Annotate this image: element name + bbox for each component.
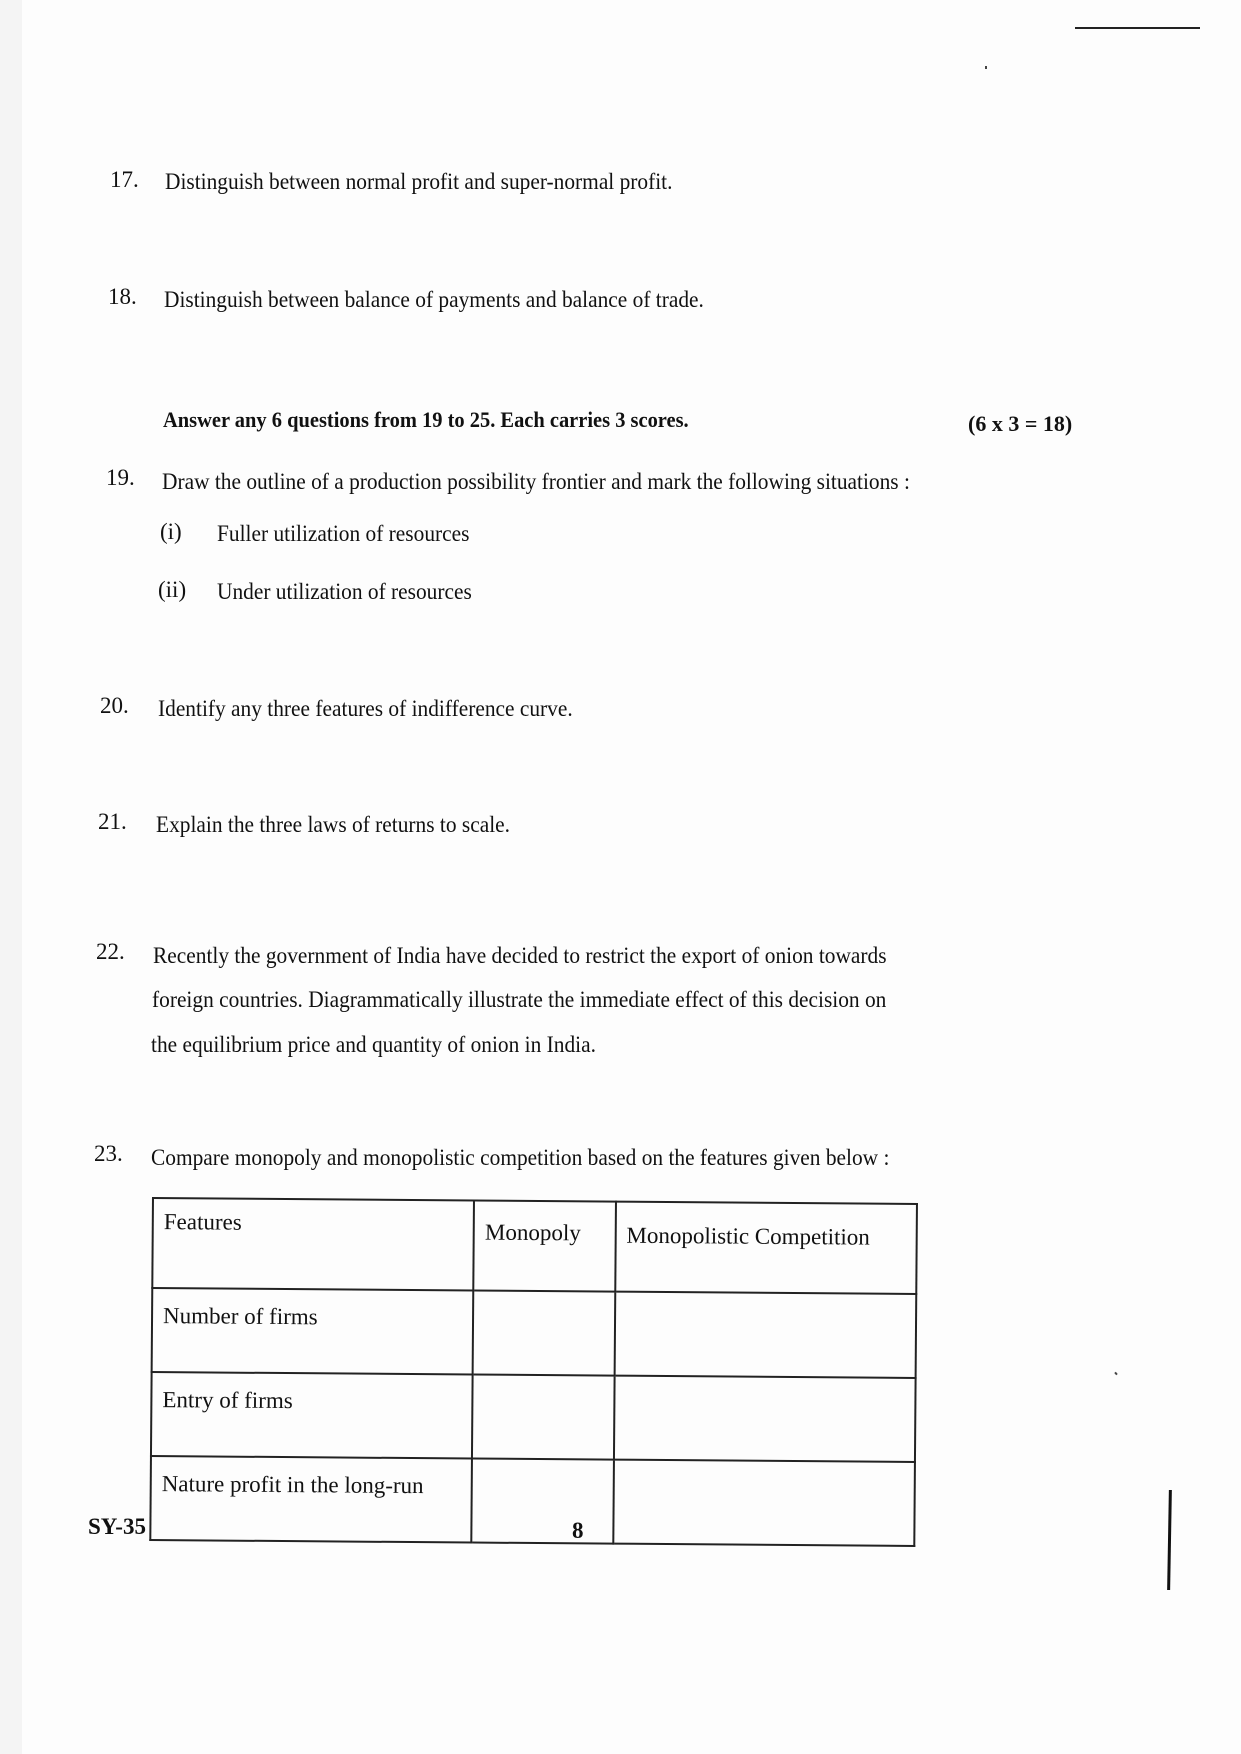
question-19-sub-i-text: Fuller utilization of resources: [217, 520, 469, 548]
paper-code: SY-35: [88, 1514, 146, 1540]
question-20-text: Identify any three features of indiffere…: [158, 695, 573, 723]
table-header-row: Features Monopoly Monopolistic Competiti…: [152, 1198, 917, 1294]
question-22-line-3: the equilibrium price and quantity of on…: [151, 1031, 596, 1059]
table-cell-monopolistic: [614, 1376, 916, 1462]
question-19-sub-ii-text: Under utilization of resources: [217, 578, 472, 606]
section-instruction: Answer any 6 questions from 19 to 25. Ea…: [163, 406, 689, 434]
table-row: Nature profit in the long-run: [150, 1456, 915, 1546]
question-21-text: Explain the three laws of returns to sca…: [156, 811, 510, 839]
question-20-number: 20.: [100, 692, 129, 720]
table-cell-monopoly: [472, 1459, 614, 1544]
table-cell-monopoly: [472, 1375, 614, 1460]
table-row: Number of firms: [152, 1288, 917, 1378]
scan-speck: [1114, 1372, 1117, 1376]
question-22-line-1: Recently the government of India have de…: [153, 942, 887, 970]
question-18-text: Distinguish between balance of payments …: [164, 286, 704, 314]
question-19-number: 19.: [106, 464, 135, 492]
table-cell-monopoly: [473, 1291, 615, 1376]
question-22-number: 22.: [96, 938, 125, 966]
question-19-sub-ii-label: (ii): [158, 576, 186, 604]
scan-page-edge: [0, 0, 22, 1754]
table-cell-feature: Number of firms: [152, 1288, 474, 1375]
comparison-table: Features Monopoly Monopolistic Competiti…: [149, 1197, 918, 1547]
table-cell-monopolistic: [613, 1460, 915, 1546]
scan-margin-mark: [1167, 1490, 1172, 1590]
question-17-text: Distinguish between normal profit and su…: [165, 168, 672, 196]
question-19-text: Draw the outline of a production possibi…: [162, 468, 910, 496]
question-22-line-2: foreign countries. Diagrammatically illu…: [152, 986, 886, 1014]
question-23-number: 23.: [94, 1140, 123, 1168]
table-header-features: Features: [152, 1198, 474, 1291]
table-row: Entry of firms: [151, 1372, 916, 1462]
question-18-number: 18.: [108, 283, 137, 311]
scan-speck: [985, 66, 987, 69]
question-23-text: Compare monopoly and monopolistic compet…: [151, 1144, 889, 1172]
page-number: 8: [572, 1518, 584, 1544]
question-19-sub-i-label: (i): [160, 518, 182, 546]
question-21-number: 21.: [98, 808, 127, 836]
table-header-monopolistic-competition: Monopolistic Competition: [615, 1202, 917, 1294]
scan-top-rule: [1075, 27, 1200, 29]
table-cell-monopolistic: [614, 1292, 916, 1378]
section-marks: (6 x 3 = 18): [968, 410, 1072, 438]
table-cell-feature: Nature profit in the long-run: [150, 1456, 472, 1543]
table-header-monopoly: Monopoly: [473, 1201, 615, 1292]
table-cell-feature: Entry of firms: [151, 1372, 473, 1459]
question-17-number: 17.: [110, 166, 139, 194]
